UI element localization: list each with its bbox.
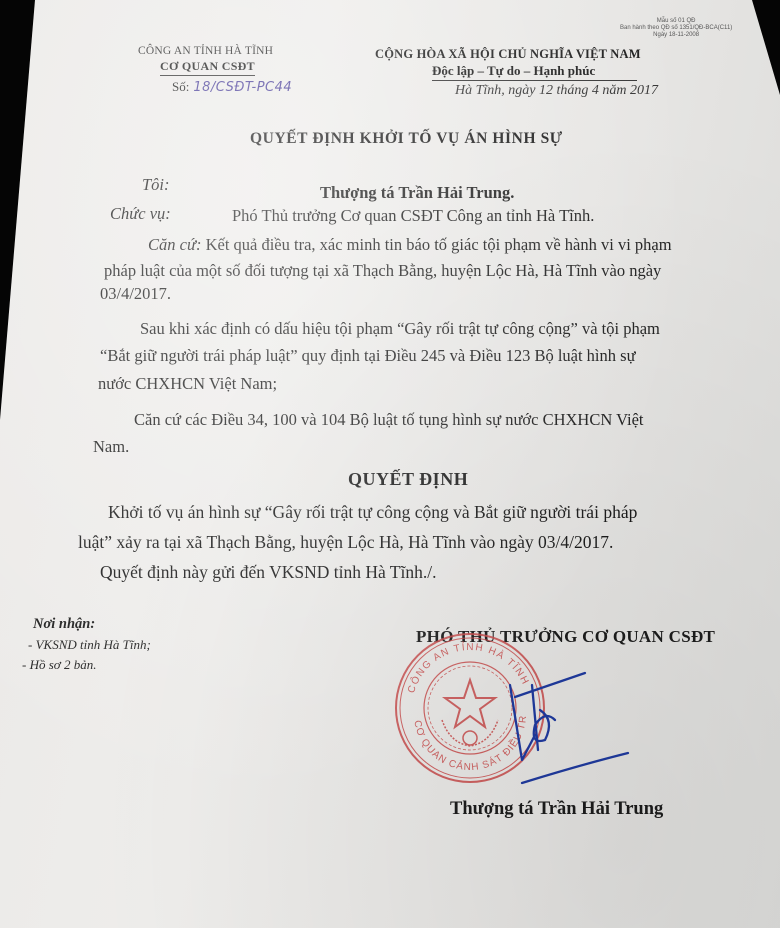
photo-frame: Mẫu số 01 QĐ Ban hành theo QĐ số 1351/QĐ… (0, 0, 780, 928)
basis-3-line: Nam. (93, 437, 129, 457)
document-number-label: Số: (172, 79, 189, 94)
national-motto: Độc lập – Tự do – Hạnh phúc (432, 63, 595, 79)
place-date: Hà Tĩnh, ngày 12 tháng 4 năm 2017 (455, 83, 658, 99)
handwritten-signature (500, 665, 630, 785)
basis-1-label: Căn cứ: (148, 235, 201, 254)
signer-name: Thượng tá Trần Hải Trung (450, 799, 663, 820)
form-reference-line: Ban hành theo QĐ số 1351/QĐ-BCA(C11) (620, 25, 732, 32)
star-icon (445, 680, 495, 727)
issuer-name: Thượng tá Trần Hải Trung. (320, 183, 514, 203)
document-title: QUYẾT ĐỊNH KHỞI TỐ VỤ ÁN HÌNH SỰ (250, 130, 563, 148)
document-number: Số: 18/CSĐT-PC44 (172, 78, 292, 96)
issuer-label: Tôi: (142, 175, 170, 195)
form-reference: Mẫu số 01 QĐ Ban hành theo QĐ số 1351/QĐ… (620, 18, 732, 39)
basis-1-line: Căn cứ: Kết quả điều tra, xác minh tin b… (148, 235, 672, 255)
nation-name: CỘNG HÒA XÃ HỘI CHỦ NGHĨA VIỆT NAM (375, 47, 641, 62)
decision-line: luật” xảy ra tại xã Thạch Bằng, huyện Lộ… (78, 532, 613, 553)
basis-1-text: Kết quả điều tra, xác minh tin báo tố gi… (206, 235, 672, 254)
basis-3-line: Căn cứ các Điều 34, 100 và 104 Bộ luật t… (134, 410, 644, 430)
recipient-item: - VKSND tỉnh Hà Tĩnh; (28, 637, 151, 653)
decision-line: Khởi tố vụ án hình sự “Gây rối trật tự c… (108, 502, 637, 523)
form-reference-line: Mẫu số 01 QĐ (620, 18, 732, 25)
recipient-item: - Hồ sơ 2 bản. (22, 657, 96, 673)
form-reference-line: Ngày 18-11-2008 (620, 32, 732, 39)
recipients-title: Nơi nhận: (33, 616, 95, 633)
position-label: Chức vụ: (110, 204, 171, 224)
basis-1-line: 03/4/2017. (100, 284, 171, 304)
basis-2-line: Sau khi xác định có dấu hiệu tội phạm “G… (140, 319, 660, 339)
basis-2-line: “Bắt giữ người trái pháp luật” quy định … (100, 346, 636, 366)
agency-name: CÔNG AN TỈNH HÀ TĨNH (138, 45, 273, 57)
decision-line: Quyết định này gửi đến VKSND tỉnh Hà Tĩn… (100, 562, 436, 583)
document-page: Mẫu số 01 QĐ Ban hành theo QĐ số 1351/QĐ… (0, 0, 780, 928)
unit-name: CƠ QUAN CSĐT (160, 59, 255, 76)
basis-1-line: pháp luật của một số đối tượng tại xã Th… (104, 261, 661, 281)
decision-heading: QUYẾT ĐỊNH (348, 469, 468, 490)
motto-underline (432, 80, 637, 81)
document-number-handwritten: 18/CSĐT-PC44 (193, 80, 292, 95)
basis-2-line: nước CHXHCN Việt Nam; (98, 374, 277, 394)
issuer-position: Phó Thủ trưởng Cơ quan CSĐT Công an tỉnh… (232, 206, 594, 226)
